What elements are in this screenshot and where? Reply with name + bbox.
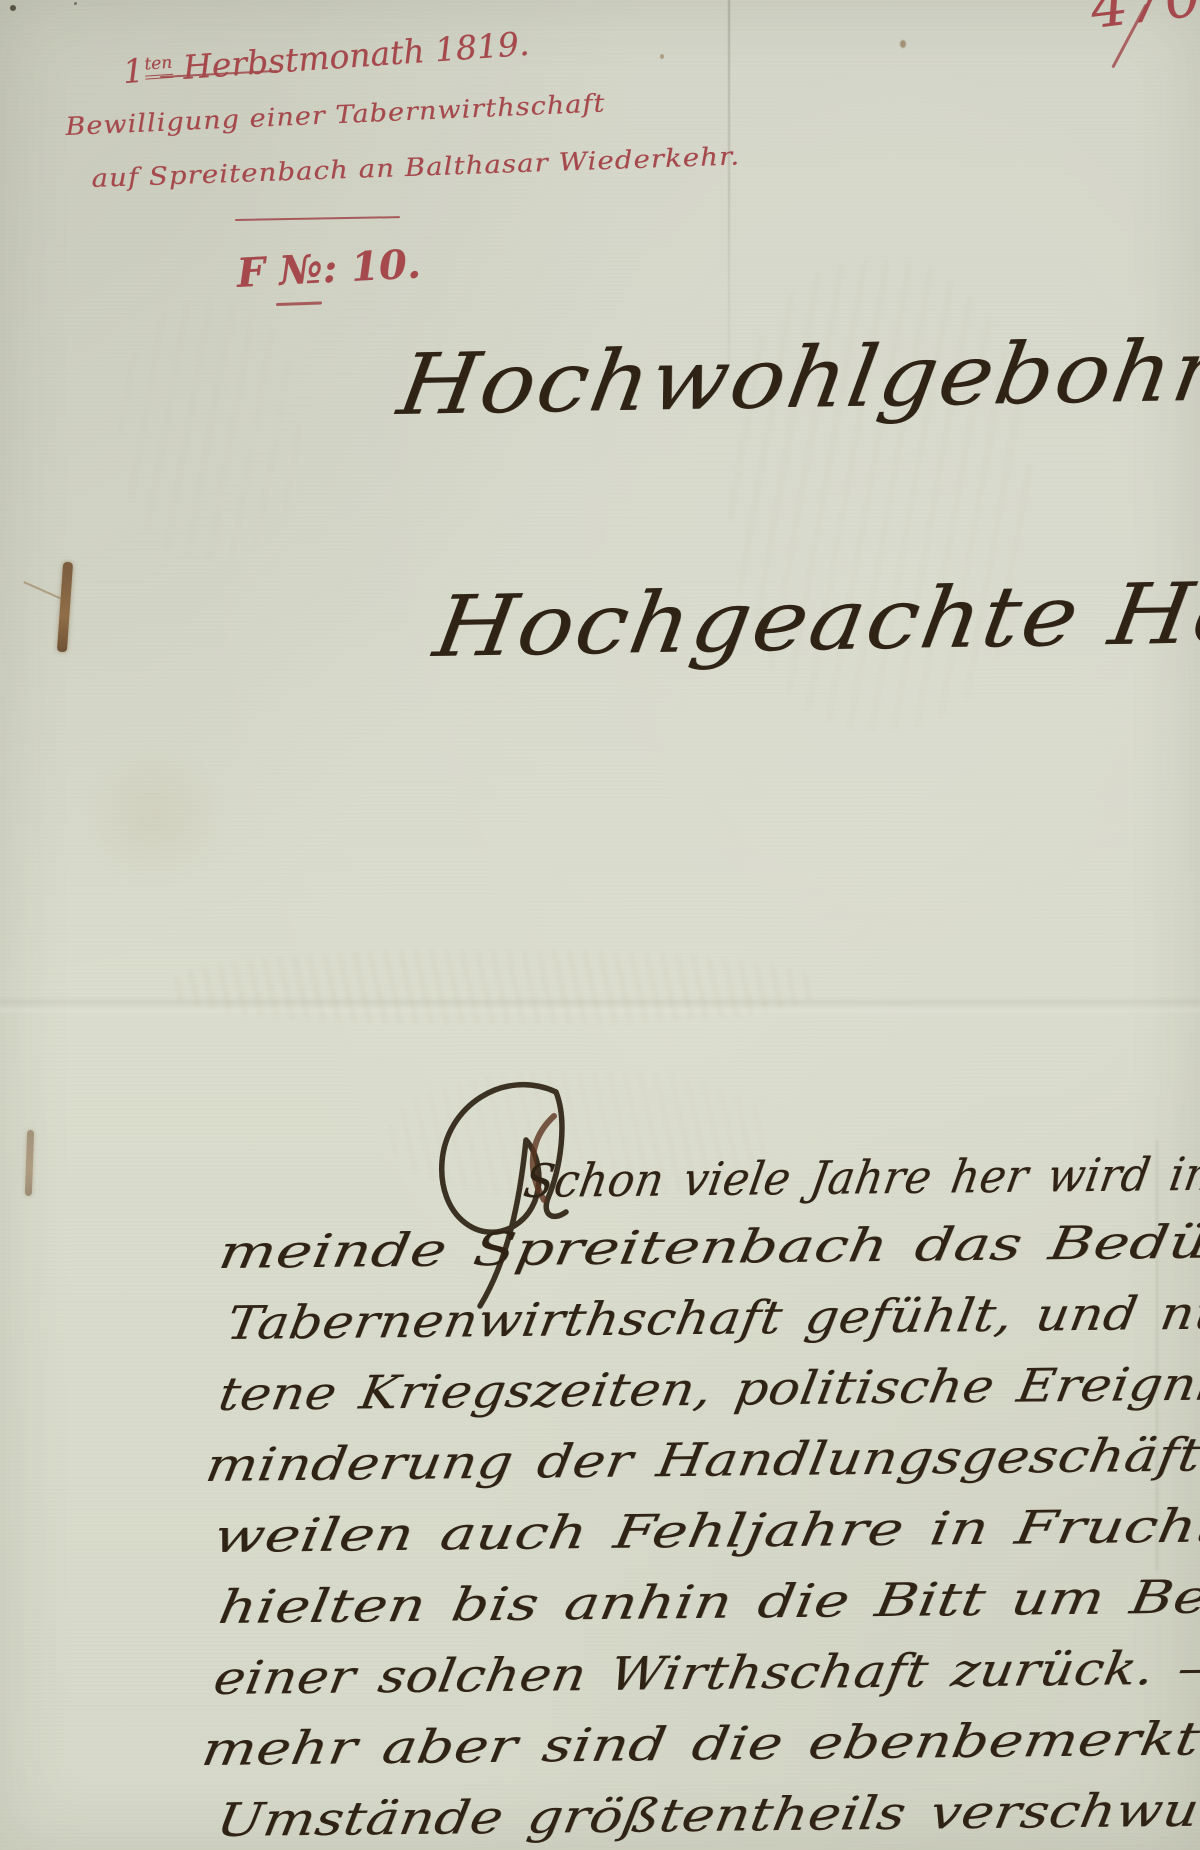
paper-stain-speck — [900, 40, 906, 48]
binding-stitch — [57, 562, 73, 652]
manuscript-page: 470. 1ten Herbstmonath 1819. Bewilligung… — [0, 0, 1200, 1850]
paper-stain — [80, 740, 230, 890]
body-text-line: einer solchen Wirthschaft zurück. — Nun„ — [210, 1638, 1200, 1705]
binding-stitch — [25, 1130, 34, 1196]
file-number-underline — [276, 301, 322, 306]
ink-speck — [10, 5, 16, 11]
body-text-line: Umstände größtentheils verschwunden, am … — [213, 1778, 1200, 1847]
paper-stain-speck — [660, 54, 664, 59]
body-text-line: mehr aber sind die ebenbemerkten mißlich… — [198, 1707, 1200, 1776]
date-day: 1 — [121, 51, 145, 91]
ink-speck — [74, 2, 77, 5]
body-text-line: minderung der Handlungsgeschäfte und unt… — [202, 1424, 1200, 1492]
salutation-line-2: Hochgeachte Herren! — [428, 559, 1200, 676]
file-number: F №: 10. — [236, 240, 422, 297]
binding-stitch-fiber — [24, 581, 65, 600]
salutation-line-1: Hochwohlgebohrne, — [392, 319, 1200, 434]
body-text-line: Tabernenwirthschaft gefühlt, und nur ein… — [223, 1282, 1200, 1350]
bleed-through-ghost — [120, 300, 300, 560]
subject-underline — [235, 216, 400, 221]
body-text-line: hielten bis anhin die Bitt um Bewilligun… — [215, 1567, 1200, 1634]
body-text-line: tene Kriegszeiten, politische Ereigniße,… — [215, 1354, 1200, 1421]
bleed-through-ghost — [170, 950, 820, 1025]
date-rest: Herbstmonath 1819. — [171, 24, 530, 88]
body-text-line: Schon viele Jahre her wird in der Ge„ — [520, 1145, 1200, 1208]
body-text-line: weilen auch Fehljahre in Frucht und Wein — [210, 1495, 1200, 1563]
body-text-line: meinde Spreitenbach das Bedürfniß einer — [215, 1211, 1200, 1279]
subject-line-2: auf Spreitenbach an Balthasar Wiederkehr… — [91, 141, 740, 193]
